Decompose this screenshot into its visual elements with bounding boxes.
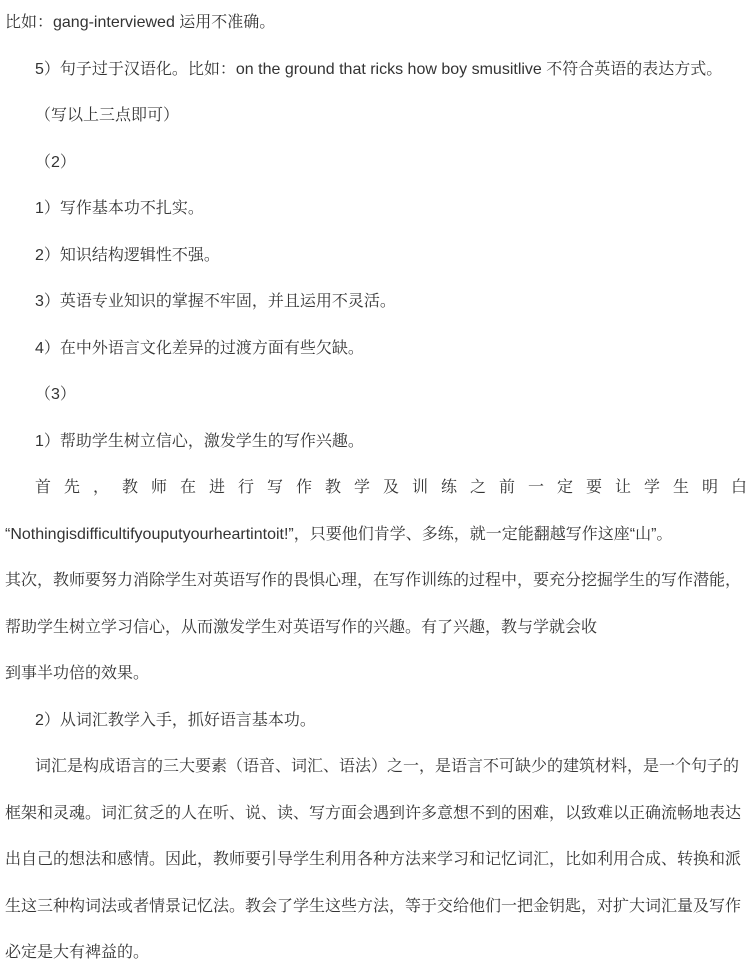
- text-line: 出自己的想法和感情。因此，教师要引导学生利用各种方法来学习和记忆词汇，比如利用合…: [5, 837, 745, 884]
- text-line: 比如：gang-interviewed 运用不准确。: [5, 0, 745, 47]
- document-page: 比如：gang-interviewed 运用不准确。 5）句子过于汉语化。比如：…: [0, 0, 749, 978]
- text-line: 4）在中外语言文化差异的过渡方面有些欠缺。: [5, 326, 745, 373]
- text-line: 首先，教师在进行写作教学及训练之前一定要让学生明白: [5, 465, 745, 512]
- text-line: “Nothingisdifficultifyouputyourheartinto…: [5, 512, 745, 559]
- text-line: 其次，教师要努力消除学生对英语写作的畏惧心理，在写作训练的过程中，要充分挖掘学生…: [5, 558, 745, 605]
- text-line: 必定是大有裨益的。: [5, 930, 745, 977]
- text-line: 生这三种构词法或者情景记忆法。教会了学生这些方法，等于交给他们一把金钥匙，对扩大…: [5, 884, 745, 931]
- text-line: 1）写作基本功不扎实。: [5, 186, 745, 233]
- text-line: 3）英语专业知识的掌握不牢固，并且运用不灵活。: [5, 279, 745, 326]
- text-line: （3）: [5, 372, 745, 419]
- text-line: 2）知识结构逻辑性不强。: [5, 233, 745, 280]
- text-line: 5）句子过于汉语化。比如：on the ground that ricks ho…: [5, 47, 745, 94]
- text-line: （2）: [5, 140, 745, 187]
- text-line: 2）从词汇教学入手，抓好语言基本功。: [5, 698, 745, 745]
- text-line: 词汇是构成语言的三大要素（语音、词汇、语法）之一，是语言不可缺少的建筑材料，是一…: [5, 744, 745, 791]
- text-line: 1）帮助学生树立信心，激发学生的写作兴趣。: [5, 419, 745, 466]
- text-line: 框架和灵魂。词汇贫乏的人在听、说、读、写方面会遇到许多意想不到的困难，以致难以正…: [5, 791, 745, 838]
- text-line: 帮助学生树立学习信心，从而激发学生对英语写作的兴趣。有了兴趣，教与学就会收: [5, 605, 745, 652]
- text-line: （写以上三点即可）: [5, 93, 745, 140]
- text-line: 到事半功倍的效果。: [5, 651, 745, 698]
